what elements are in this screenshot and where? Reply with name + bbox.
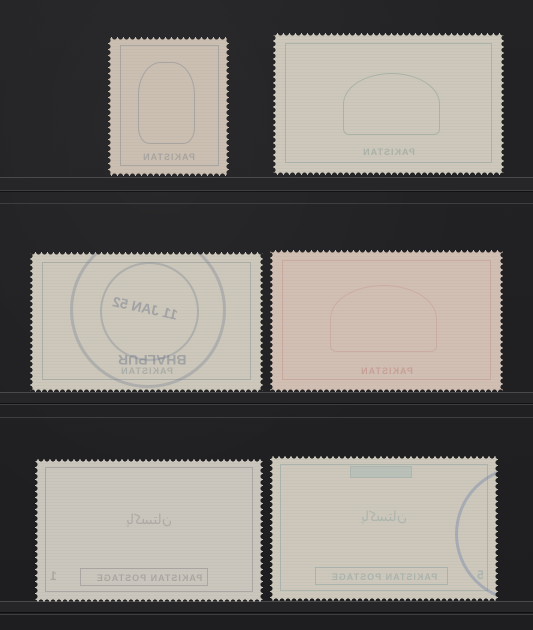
strip-line (0, 404, 533, 405)
stock-strip-1 (0, 177, 533, 191)
strip-line (0, 190, 533, 191)
stock-strip-2 (0, 392, 533, 403)
stamp-mirrored-text: PAKISTAN POSTAGE (35, 573, 263, 583)
stamp-landscape-middle-left[interactable]: PAKISTAN 11 JAN 52 BHALPUR (30, 252, 263, 392)
stamp-landscape-bottom-right[interactable]: پاکستان PAKISTAN POSTAGE 5 (270, 456, 498, 601)
stamp-landscape-bottom-left[interactable]: پاکستان PAKISTAN POSTAGE 1 (35, 459, 263, 602)
stamp-top-tablet (350, 466, 412, 478)
stamp-building-outline (330, 285, 437, 352)
strip-line (0, 203, 533, 204)
stamp-portrait-top-left[interactable]: PAKISTAN (108, 37, 229, 176)
stock-page: PAKISTAN PAKISTAN PAKISTAN 11 JAN 52 BHA… (0, 0, 533, 630)
stamp-denomination: 1 (49, 569, 57, 583)
stamp-mirrored-text: PAKISTAN (273, 147, 504, 157)
strip-line (0, 614, 533, 615)
stamp-portrait-outline (138, 62, 195, 144)
postmark-town: BHALPUR (118, 352, 186, 368)
stamp-landscape-middle-right[interactable]: PAKISTAN (270, 250, 503, 392)
stamp-landscape-top-right[interactable]: PAKISTAN (273, 33, 504, 175)
stamp-mirrored-text: PAKISTAN (270, 366, 503, 376)
stamp-mirrored-text: PAKISTAN (108, 152, 229, 162)
stock-strip-3 (0, 601, 533, 612)
strip-line (0, 417, 533, 418)
stamp-mirrored-text: PAKISTAN POSTAGE (270, 572, 498, 582)
stamp-urdu-text: پاکستان (35, 511, 263, 528)
stamp-building-outline (343, 73, 440, 135)
